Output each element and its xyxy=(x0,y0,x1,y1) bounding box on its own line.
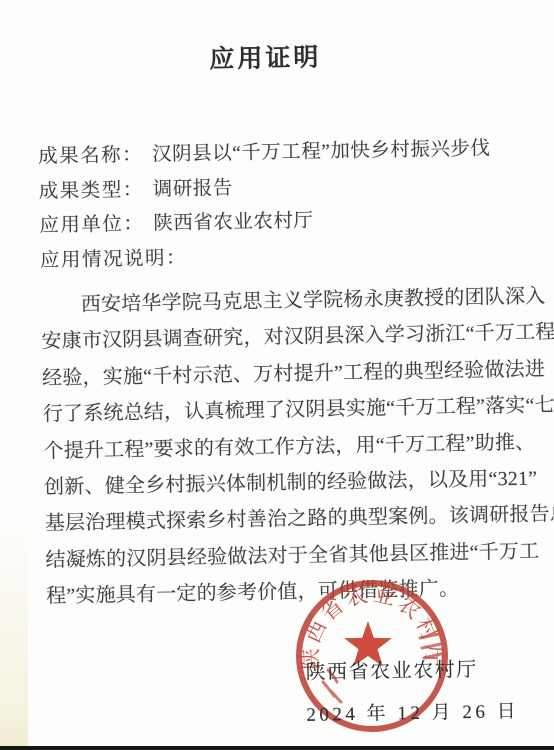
signature-date: 2024 年 12 月 26 日 xyxy=(306,696,519,727)
signature-organization: 陕西省农业农村厅 xyxy=(305,652,518,685)
field-list: 成果名称：汉阴县以“千万工程”加快乡村振兴步伐 成果类型：调研报告 应用单位：陕… xyxy=(38,132,522,279)
application-description: 西安培华学院马克思主义学院杨永庚教授的团队深入 安康市汉阴县调查研究，对汉阴县深… xyxy=(41,279,529,615)
scan-edge-artifact xyxy=(0,746,554,750)
document-content: 应用证明 成果名称：汉阴县以“千万工程”加快乡村振兴步伐 成果类型：调研报告 应… xyxy=(36,34,528,615)
field-value: 调研报告 xyxy=(153,178,233,200)
scanned-certificate-page: 应用证明 成果名称：汉阴县以“千万工程”加快乡村振兴步伐 成果类型：调研报告 应… xyxy=(0,0,554,750)
field-label: 成果类型： xyxy=(39,179,144,202)
body-line: 程”实施具有一定的参考价值，可供借鉴推广。 xyxy=(46,570,529,615)
field-value: 汉阴县以“千万工程”加快乡村振兴步伐 xyxy=(152,138,491,165)
field-label: 应用情况说明： xyxy=(40,247,187,271)
field-label: 成果名称： xyxy=(38,145,143,168)
page-title: 应用证明 xyxy=(36,34,519,79)
field-label: 应用单位： xyxy=(39,214,144,237)
signature-block: 陕西省农业农村厅 2024 年 12 月 26 日 xyxy=(305,652,519,727)
field-value: 陕西省农业农村厅 xyxy=(153,211,313,235)
